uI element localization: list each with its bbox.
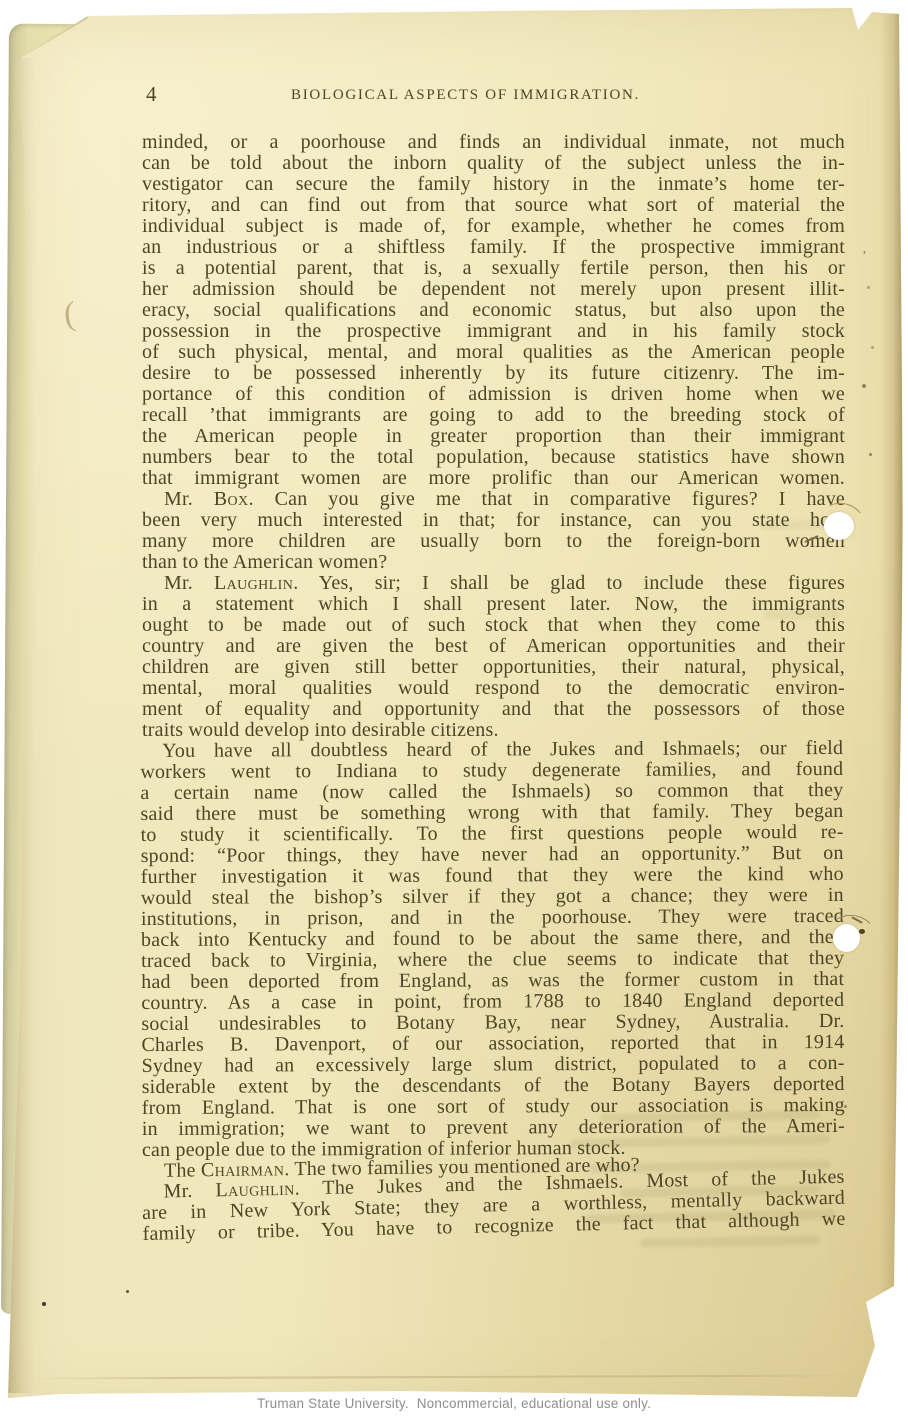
ink-speck: ’ [862,249,867,265]
paragraph: You have all doubtless heard of the Juke… [140,738,845,1161]
text-line: country and are given the best of Americ… [142,636,845,657]
text-line: recall ’that immigrants are going to add… [142,405,845,426]
text-line: Mr. Laughlin. Yes, sir; I shall be glad … [142,573,845,594]
text-line: possession in the prospective immigrant … [142,321,845,342]
text-line: in immigration; we want to prevent any d… [142,1116,845,1140]
scanned-document-view: 4 BIOLOGICAL ASPECTS OF IMMIGRATION. min… [0,0,908,1418]
ink-speck [869,453,872,456]
text-line: ment of equality and opportunity and tha… [142,699,845,720]
text-line: Mr. Box. Can you give me that in compara… [142,489,845,510]
paragraph: Mr. Laughlin. Yes, sir; I shall be glad … [142,573,845,741]
ink-speck [862,384,866,388]
text-line: her admission should be dependent not me… [142,279,845,300]
text-line: desire to be possessed inherently by its… [142,363,845,384]
text-line: ought to be made out of such stock that … [142,615,845,636]
speaker-name: Box [214,488,249,510]
ink-speck [126,1290,129,1293]
text-line: in a statement which I shall present lat… [142,594,845,615]
text-line: children are given still better opportun… [142,657,845,678]
text-line: of such physical, mental, and moral qual… [142,342,845,363]
text-line: eracy, social qualifications and economi… [142,300,845,321]
ink-speck: ‘ [812,476,816,492]
text-line: an industrious or a shiftless family. If… [142,237,845,258]
paragraph: minded, or a poorhouse and finds an indi… [142,132,845,489]
text-line: ritory, and can find out from that sourc… [142,195,845,216]
right-edge-shadow [880,8,902,1398]
text-line: is a potential parent, that is, a sexual… [142,258,845,279]
book-page: 4 BIOLOGICAL ASPECTS OF IMMIGRATION. min… [0,0,908,1418]
text-line: vestigator can secure the family history… [142,174,845,195]
text-line: than to the American women? [142,552,845,573]
text-line: many more children are usually born to t… [142,531,845,552]
text-line: mental, moral qualities would respond to… [142,678,845,699]
punch-hole [833,924,860,952]
text-line: that immigrant women are more prolific t… [142,468,845,489]
crease-line [28,1375,860,1380]
ink-speck [859,929,865,934]
ink-speck [871,346,874,349]
text-line: portance of this condition of admission … [142,384,845,405]
text-line: individual subject is made of, for examp… [142,216,845,237]
body-text: minded, or a poorhouse and finds an indi… [142,132,845,1245]
paragraph: Mr. Laughlin. The Jukes and the Ishmaels… [141,1167,845,1245]
ink-speck [844,1105,847,1108]
ink-speck [42,1302,46,1306]
footer-credit: Truman State University. Noncommercial, … [0,1396,908,1411]
speaker-name: Laughlin [214,572,293,594]
text-line: minded, or a poorhouse and finds an indi… [142,132,845,153]
text-line: numbers bear to the total population, be… [142,447,845,468]
text-line: can be told about the inborn quality of … [142,153,845,174]
speaker-name: Laughlin [215,1178,295,1202]
running-title: BIOLOGICAL ASPECTS OF IMMIGRATION. [142,87,845,104]
ink-speck [867,286,870,289]
text-line: been very much interested in that; for i… [142,510,845,531]
text-line: the American people in greater proportio… [142,426,845,447]
pencil-mark: ( [62,296,77,335]
punch-hole [824,512,854,540]
paragraph: Mr. Box. Can you give me that in compara… [142,489,845,573]
